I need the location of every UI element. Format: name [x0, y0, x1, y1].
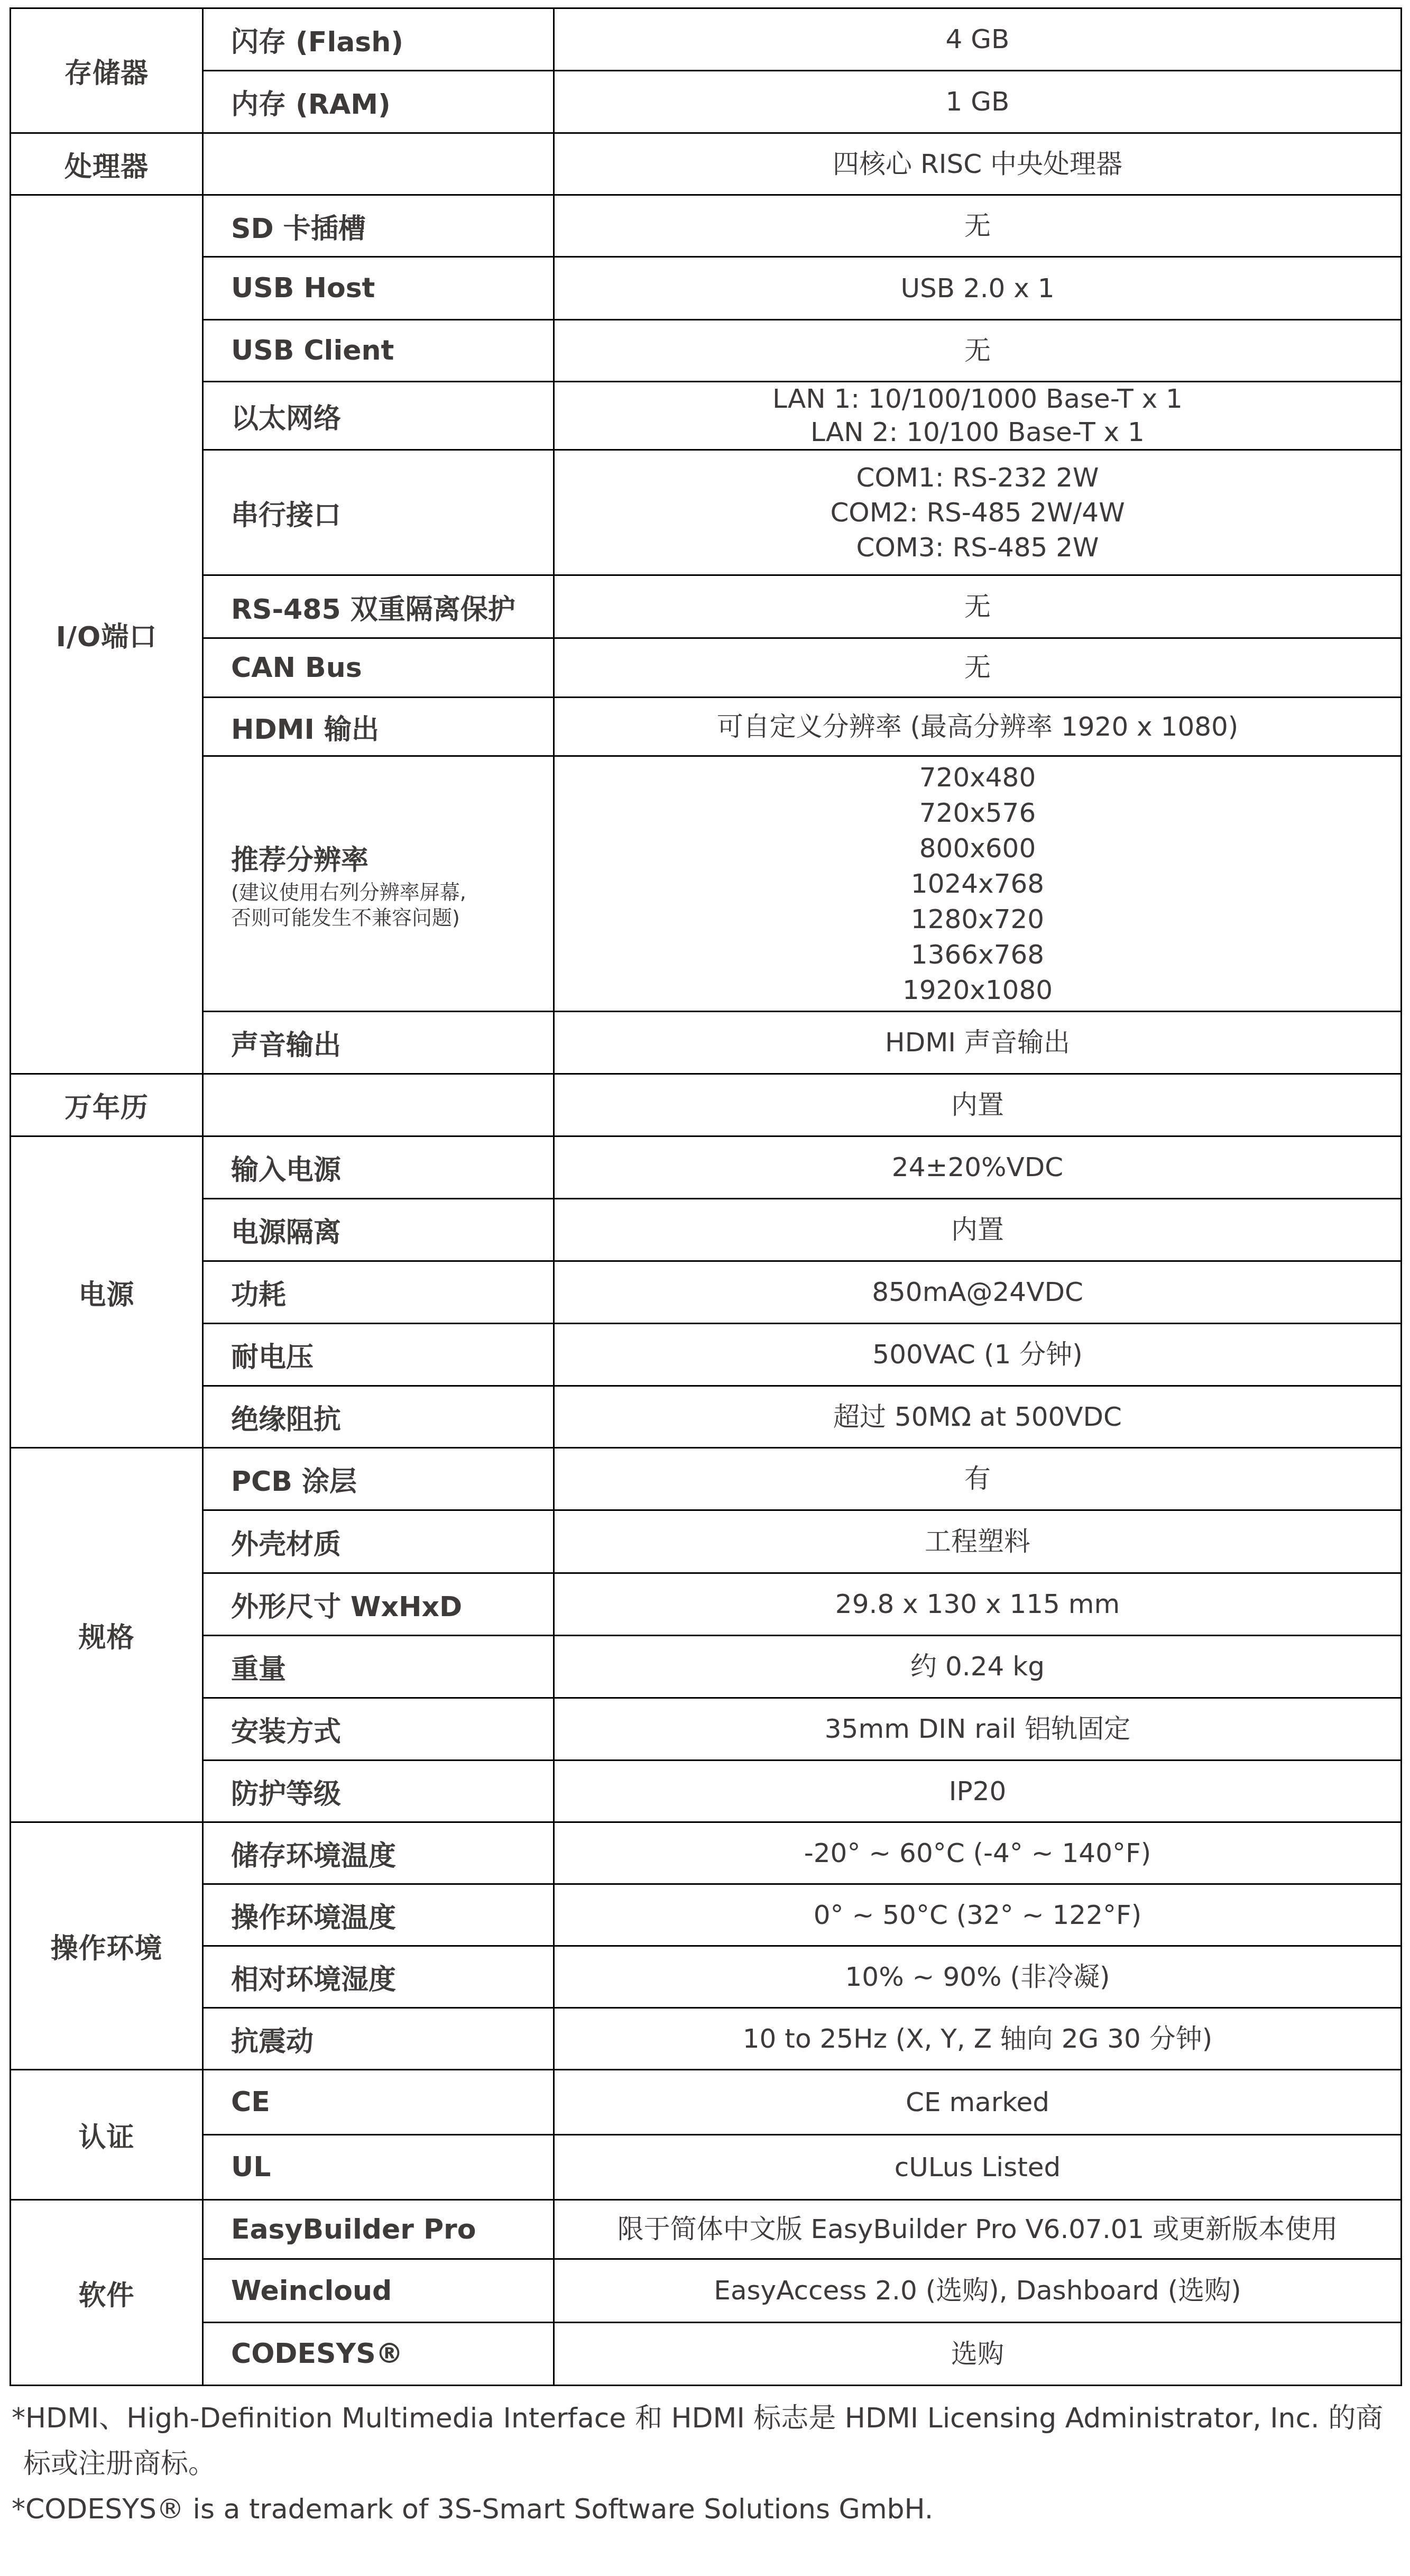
table-row: 抗震动 10 to 25Hz (X, Y, Z 轴向 2G 30 分钟)	[11, 2008, 1402, 2070]
footnote-hdmi-line1: *HDMI、High-Definition Multimedia Interfa…	[12, 2396, 1402, 2441]
table-row: 安装方式 35mm DIN rail 铝轨固定	[11, 1698, 1402, 1761]
recommended-resolution-note-2: 否则可能发生不兼容问题)	[231, 905, 553, 930]
row-label-audio-out: 声音输出	[203, 1012, 554, 1074]
row-value-weincloud: EasyAccess 2.0 (选购), Dashboard (选购)	[554, 2259, 1402, 2323]
table-row: USB Client 无	[11, 320, 1402, 382]
row-value-flash: 4 GB	[554, 8, 1402, 71]
row-label-rtc	[203, 1074, 554, 1136]
row-value-power-input: 24±20%VDC	[554, 1136, 1402, 1199]
table-row: 内存 (RAM) 1 GB	[11, 71, 1402, 133]
row-value-pcb-coating: 有	[554, 1448, 1402, 1510]
row-label-weincloud: Weincloud	[203, 2259, 554, 2323]
row-label-sd: SD 卡插槽	[203, 195, 554, 257]
table-row: 串行接口 COM1: RS-232 2W COM2: RS-485 2W/4W …	[11, 450, 1402, 575]
table-row: RS-485 双重隔离保护 无	[11, 575, 1402, 638]
row-label-usb-host: USB Host	[203, 257, 554, 320]
row-label-insulation: 绝缘阻抗	[203, 1386, 554, 1448]
row-label-hdmi-out: HDMI 输出	[203, 698, 554, 756]
table-row: 规格 PCB 涂层 有	[11, 1448, 1402, 1510]
row-value-humidity: 10% ~ 90% (非冷凝)	[554, 1946, 1402, 2008]
resolution-item: 1366x768	[555, 937, 1400, 973]
table-row: 电源 输入电源 24±20%VDC	[11, 1136, 1402, 1199]
table-row: Weincloud EasyAccess 2.0 (选购), Dashboard…	[11, 2259, 1402, 2323]
table-row: UL cULus Listed	[11, 2135, 1402, 2200]
row-label-pcb-coating: PCB 涂层	[203, 1448, 554, 1510]
footnote-codesys: *CODESYS® is a trademark of 3S-Smart Sof…	[12, 2487, 1402, 2532]
row-label-operating-temp: 操作环境温度	[203, 1884, 554, 1946]
row-value-ethernet: LAN 1: 10/100/1000 Base-T x 1 LAN 2: 10/…	[554, 382, 1402, 450]
row-label-power-consumption: 功耗	[203, 1261, 554, 1324]
row-value-enclosure: 工程塑料	[554, 1510, 1402, 1573]
table-row: 万年历 内置	[11, 1074, 1402, 1136]
row-value-vibration: 10 to 25Hz (X, Y, Z 轴向 2G 30 分钟)	[554, 2008, 1402, 2070]
table-row: 外形尺寸 WxHxD 29.8 x 130 x 115 mm	[11, 1573, 1402, 1636]
row-value-protection: IP20	[554, 1761, 1402, 1822]
row-value-ce: CE marked	[554, 2070, 1402, 2135]
row-value-processor: 四核心 RISC 中央处理器	[554, 133, 1402, 195]
table-row: 功耗 850mA@24VDC	[11, 1261, 1402, 1324]
row-label-dimensions: 外形尺寸 WxHxD	[203, 1573, 554, 1636]
row-label-can-bus: CAN Bus	[203, 638, 554, 698]
table-row: 存储器 闪存 (Flash) 4 GB	[11, 8, 1402, 71]
table-row: 绝缘阻抗 超过 50MΩ at 500VDC	[11, 1386, 1402, 1448]
row-label-ul: UL	[203, 2135, 554, 2200]
spec-table: 存储器 闪存 (Flash) 4 GB 内存 (RAM) 1 GB 处理器 四核…	[10, 7, 1402, 2386]
table-row: 推荐分辨率 (建议使用右列分辨率屏幕, 否则可能发生不兼容问题) 720x480…	[11, 756, 1402, 1012]
row-label-usb-client: USB Client	[203, 320, 554, 382]
ethernet-lan2: LAN 2: 10/100 Base-T x 1	[555, 416, 1400, 449]
resolution-item: 720x576	[555, 795, 1400, 831]
row-label-ce: CE	[203, 2070, 554, 2135]
row-value-sd: 无	[554, 195, 1402, 257]
row-value-ram: 1 GB	[554, 71, 1402, 133]
table-row: I/O端口 SD 卡插槽 无	[11, 195, 1402, 257]
table-row: 重量 约 0.24 kg	[11, 1636, 1402, 1698]
category-environment: 操作环境	[11, 1822, 203, 2070]
row-value-dimensions: 29.8 x 130 x 115 mm	[554, 1573, 1402, 1636]
row-value-power-consumption: 850mA@24VDC	[554, 1261, 1402, 1324]
table-row: 操作环境 储存环境温度 -20° ~ 60°C (-4° ~ 140°F)	[11, 1822, 1402, 1884]
row-value-power-isolation: 内置	[554, 1199, 1402, 1261]
row-value-weight: 约 0.24 kg	[554, 1636, 1402, 1698]
row-label-power-isolation: 电源隔离	[203, 1199, 554, 1261]
row-value-easybuilder: 限于简体中文版 EasyBuilder Pro V6.07.01 或更新版本使用	[554, 2200, 1402, 2259]
row-value-storage-temp: -20° ~ 60°C (-4° ~ 140°F)	[554, 1822, 1402, 1884]
row-value-ul: cULus Listed	[554, 2135, 1402, 2200]
category-certification: 认证	[11, 2070, 203, 2200]
table-row: 相对环境湿度 10% ~ 90% (非冷凝)	[11, 1946, 1402, 2008]
category-io: I/O端口	[11, 195, 203, 1074]
category-spec: 规格	[11, 1448, 203, 1822]
table-row: 电源隔离 内置	[11, 1199, 1402, 1261]
category-software: 软件	[11, 2200, 203, 2386]
resolution-item: 720x480	[555, 760, 1400, 795]
row-label-processor	[203, 133, 554, 195]
row-value-rs485-isolation: 无	[554, 575, 1402, 638]
row-label-flash: 闪存 (Flash)	[203, 8, 554, 71]
row-value-rtc: 内置	[554, 1074, 1402, 1136]
table-row: 声音输出 HDMI 声音输出	[11, 1012, 1402, 1074]
row-value-recommended-resolution: 720x480 720x576 800x600 1024x768 1280x72…	[554, 756, 1402, 1012]
table-row: 操作环境温度 0° ~ 50°C (32° ~ 122°F)	[11, 1884, 1402, 1946]
row-label-easybuilder: EasyBuilder Pro	[203, 2200, 554, 2259]
resolution-item: 800x600	[555, 831, 1400, 866]
row-value-withstand-voltage: 500VAC (1 分钟)	[554, 1324, 1402, 1386]
row-value-usb-client: 无	[554, 320, 1402, 382]
serial-com2: COM2: RS-485 2W/4W	[555, 495, 1400, 530]
row-label-enclosure: 外壳材质	[203, 1510, 554, 1573]
row-label-serial: 串行接口	[203, 450, 554, 575]
row-label-ram: 内存 (RAM)	[203, 71, 554, 133]
recommended-resolution-note-1: (建议使用右列分辨率屏幕,	[231, 879, 553, 905]
table-row: CODESYS® 选购	[11, 2323, 1402, 2386]
row-value-insulation: 超过 50MΩ at 500VDC	[554, 1386, 1402, 1448]
table-row: 软件 EasyBuilder Pro 限于简体中文版 EasyBuilder P…	[11, 2200, 1402, 2259]
table-row: 防护等级 IP20	[11, 1761, 1402, 1822]
row-value-usb-host: USB 2.0 x 1	[554, 257, 1402, 320]
table-row: 耐电压 500VAC (1 分钟)	[11, 1324, 1402, 1386]
recommended-resolution-title: 推荐分辨率	[231, 845, 368, 876]
row-value-mounting: 35mm DIN rail 铝轨固定	[554, 1698, 1402, 1761]
row-label-mounting: 安装方式	[203, 1698, 554, 1761]
table-row: 外壳材质 工程塑料	[11, 1510, 1402, 1573]
row-value-can-bus: 无	[554, 638, 1402, 698]
category-power: 电源	[11, 1136, 203, 1448]
row-value-audio-out: HDMI 声音输出	[554, 1012, 1402, 1074]
footnote-hdmi-line2: 标或注册商标。	[12, 2441, 1402, 2487]
table-row: 认证 CE CE marked	[11, 2070, 1402, 2135]
category-processor: 处理器	[11, 133, 203, 195]
row-value-codesys: 选购	[554, 2323, 1402, 2386]
row-label-humidity: 相对环境湿度	[203, 1946, 554, 2008]
category-rtc: 万年历	[11, 1074, 203, 1136]
ethernet-lan1: LAN 1: 10/100/1000 Base-T x 1	[555, 382, 1400, 416]
resolution-item: 1280x720	[555, 902, 1400, 937]
row-label-power-input: 输入电源	[203, 1136, 554, 1199]
footnotes: *HDMI、High-Definition Multimedia Interfa…	[12, 2396, 1402, 2532]
table-row: HDMI 输出 可自定义分辨率 (最高分辨率 1920 x 1080)	[11, 698, 1402, 756]
row-label-rs485-isolation: RS-485 双重隔离保护	[203, 575, 554, 638]
resolution-item: 1920x1080	[555, 973, 1400, 1008]
row-label-weight: 重量	[203, 1636, 554, 1698]
serial-com3: COM3: RS-485 2W	[555, 530, 1400, 565]
row-value-operating-temp: 0° ~ 50°C (32° ~ 122°F)	[554, 1884, 1402, 1946]
row-label-vibration: 抗震动	[203, 2008, 554, 2070]
table-row: 以太网络 LAN 1: 10/100/1000 Base-T x 1 LAN 2…	[11, 382, 1402, 450]
row-label-storage-temp: 储存环境温度	[203, 1822, 554, 1884]
table-row: USB Host USB 2.0 x 1	[11, 257, 1402, 320]
table-row: CAN Bus 无	[11, 638, 1402, 698]
row-value-hdmi-out: 可自定义分辨率 (最高分辨率 1920 x 1080)	[554, 698, 1402, 756]
row-value-serial: COM1: RS-232 2W COM2: RS-485 2W/4W COM3:…	[554, 450, 1402, 575]
serial-com1: COM1: RS-232 2W	[555, 460, 1400, 495]
table-row: 处理器 四核心 RISC 中央处理器	[11, 133, 1402, 195]
resolution-item: 1024x768	[555, 866, 1400, 902]
row-label-withstand-voltage: 耐电压	[203, 1324, 554, 1386]
row-label-codesys: CODESYS®	[203, 2323, 554, 2386]
row-label-protection: 防护等级	[203, 1761, 554, 1822]
category-storage: 存储器	[11, 8, 203, 133]
row-label-recommended-resolution: 推荐分辨率 (建议使用右列分辨率屏幕, 否则可能发生不兼容问题)	[203, 756, 554, 1012]
row-label-ethernet: 以太网络	[203, 382, 554, 450]
